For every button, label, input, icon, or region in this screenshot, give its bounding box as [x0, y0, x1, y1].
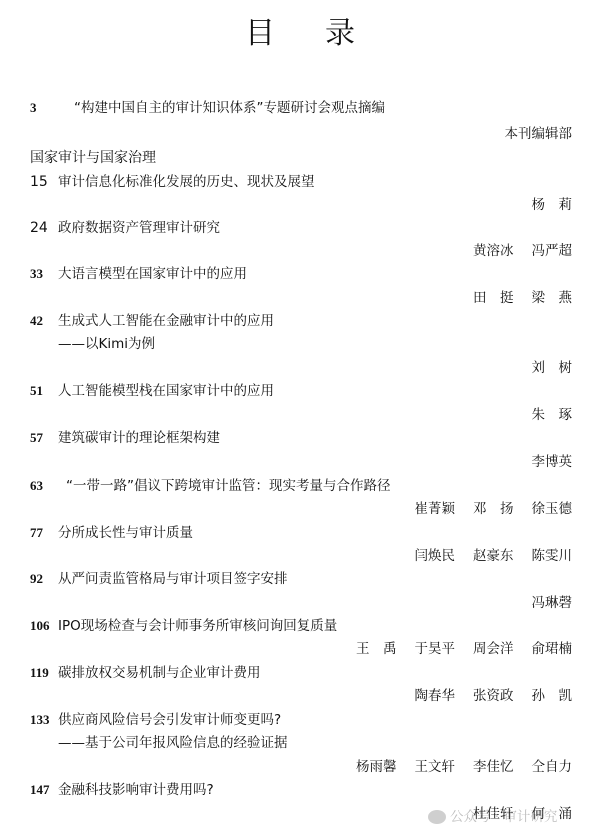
author: 周会洋: [473, 641, 514, 657]
page-number: 3: [30, 98, 74, 118]
author: 王文轩: [415, 759, 456, 775]
authors: 陶春华张资政孙 凯: [397, 686, 573, 706]
page-number: 24: [30, 218, 58, 238]
page-title: 目录: [0, 8, 600, 52]
article-title: 生成式人工智能在金融审计中的应用: [58, 313, 274, 329]
toc-entry[interactable]: 15审计信息化标准化发展的历史、现状及展望: [30, 172, 572, 192]
page-number: 63: [30, 476, 66, 496]
author: 李博英: [532, 454, 573, 470]
author: 本刊编辑部: [505, 126, 573, 142]
author: 杨 莉: [532, 197, 573, 213]
article-title: 大语言模型在国家审计中的应用: [58, 266, 247, 282]
page-number: 106: [30, 616, 58, 636]
author: 黄溶冰: [473, 243, 514, 259]
page-number: 51: [30, 381, 58, 401]
author: 朱 琢: [532, 407, 573, 423]
toc-entry[interactable]: 77分所成长性与审计质量: [30, 523, 572, 543]
toc-entry[interactable]: 133供应商风险信号会引发审计师变更吗?: [30, 710, 572, 730]
page-number: 33: [30, 264, 58, 284]
toc-entry[interactable]: 51人工智能模型栈在国家审计中的应用: [30, 381, 572, 401]
author: 李佳忆: [473, 759, 514, 775]
authors: 刘 树: [514, 358, 573, 378]
author: 邓 扬: [473, 501, 514, 517]
author: 孙 凯: [532, 688, 573, 704]
page-number: 15: [30, 172, 58, 192]
authors: 闫焕民赵豪东陈雯川: [397, 546, 573, 566]
toc-entry[interactable]: 119碳排放权交易机制与企业审计费用: [30, 663, 572, 683]
author: 张资政: [473, 688, 514, 704]
title-char: 录: [325, 16, 405, 51]
authors: 本刊编辑部: [487, 124, 573, 144]
page-number: 147: [30, 780, 58, 800]
author: 田 挺: [473, 290, 514, 306]
authors: 杨雨馨王文轩李佳忆仝自力: [338, 757, 572, 777]
author: 陈雯川: [532, 548, 573, 564]
toc-entry[interactable]: 42生成式人工智能在金融审计中的应用: [30, 311, 572, 331]
article-title: “构建中国自主的审计知识体系”专题研讨会观点摘编: [74, 100, 385, 116]
article-title: 碳排放权交易机制与企业审计费用: [58, 665, 261, 681]
article-title: 分所成长性与审计质量: [58, 525, 193, 541]
authors: 李博英: [514, 452, 573, 472]
article-title: 供应商风险信号会引发审计师变更吗?: [58, 712, 281, 728]
toc-entry[interactable]: 24政府数据资产管理审计研究: [30, 218, 572, 238]
author: 杜佳轩: [473, 806, 514, 822]
author: 冯琳磬: [532, 595, 573, 611]
author: 闫焕民: [415, 548, 456, 564]
page-number: 133: [30, 710, 58, 730]
author: 何 涌: [532, 806, 573, 822]
author: 杨雨馨: [356, 759, 397, 775]
article-title: 从严问责监管格局与审计项目签字安排: [58, 571, 288, 587]
author: 赵豪东: [473, 548, 514, 564]
author: 刘 树: [532, 360, 573, 376]
wechat-icon: [428, 810, 446, 824]
article-title: 政府数据资产管理审计研究: [58, 220, 220, 236]
author: 徐玉德: [532, 501, 573, 517]
article-subtitle: ——基于公司年报风险信息的经验证据: [30, 733, 572, 753]
page-number: 57: [30, 428, 58, 448]
author: 王 禹: [356, 641, 397, 657]
toc-entry[interactable]: 63“一带一路”倡议下跨境审计监管：现实考量与合作路径: [30, 476, 572, 496]
toc-entry[interactable]: 106IPO现场检查与会计师事务所审核问询回复质量: [30, 616, 572, 636]
authors: 黄溶冰冯严超: [455, 241, 572, 261]
title-char: 目: [245, 16, 325, 51]
author: 冯严超: [532, 243, 573, 259]
author: 俞珺楠: [532, 641, 573, 657]
page-number: 119: [30, 663, 58, 683]
author: 崔菁颖: [415, 501, 456, 517]
section-heading: 国家审计与国家治理: [30, 148, 156, 168]
authors: 杨 莉: [514, 195, 573, 215]
authors: 杜佳轩何 涌: [455, 804, 572, 824]
article-subtitle: ——以Kimi为例: [30, 334, 572, 354]
authors: 田 挺梁 燕: [455, 288, 572, 308]
author: 梁 燕: [532, 290, 573, 306]
toc-entry[interactable]: 57建筑碳审计的理论框架构建: [30, 428, 572, 448]
toc-entry[interactable]: 147金融科技影响审计费用吗?: [30, 780, 572, 800]
author: 于昊平: [415, 641, 456, 657]
authors: 冯琳磬: [514, 593, 573, 613]
authors: 崔菁颖邓 扬徐玉德: [397, 499, 573, 519]
toc-entry[interactable]: 92从严问责监管格局与审计项目签字安排: [30, 569, 572, 589]
authors: 王 禹于昊平周会洋俞珺楠: [338, 639, 572, 659]
page-number: 77: [30, 523, 58, 543]
toc-entry[interactable]: 33大语言模型在国家审计中的应用: [30, 264, 572, 284]
article-title: 金融科技影响审计费用吗?: [58, 782, 214, 798]
article-title: 建筑碳审计的理论框架构建: [58, 430, 220, 446]
article-title: IPO现场检查与会计师事务所审核问询回复质量: [58, 618, 337, 634]
article-title: 人工智能模型栈在国家审计中的应用: [58, 383, 274, 399]
authors: 朱 琢: [514, 405, 573, 425]
page-number: 42: [30, 311, 58, 331]
author: 仝自力: [532, 759, 573, 775]
article-title: “一带一路”倡议下跨境审计监管：现实考量与合作路径: [66, 478, 391, 494]
toc-entry[interactable]: 3“构建中国自主的审计知识体系”专题研讨会观点摘编: [30, 98, 572, 118]
author: 陶春华: [415, 688, 456, 704]
page-number: 92: [30, 569, 58, 589]
article-title: 审计信息化标准化发展的历史、现状及展望: [58, 174, 315, 190]
